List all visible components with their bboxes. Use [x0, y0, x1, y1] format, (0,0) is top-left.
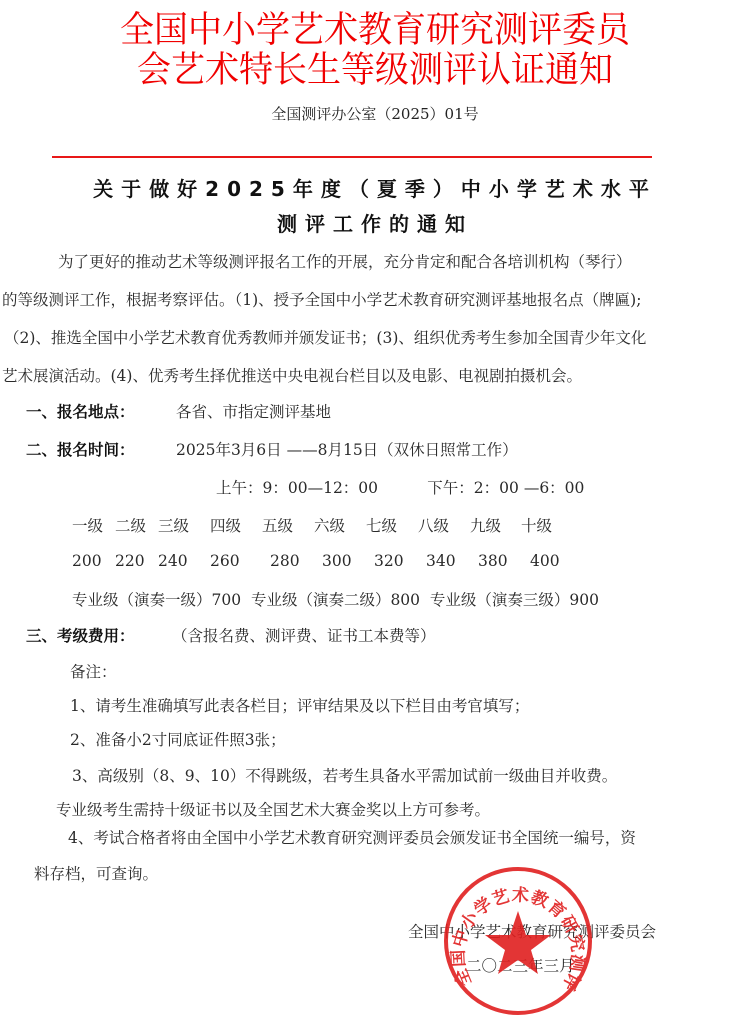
- grade-1: 一级: [72, 514, 103, 536]
- grade-10: 十级: [521, 514, 552, 536]
- time-label: 二、报名时间：: [26, 438, 135, 460]
- intro-line-3: （2)、推选全国中小学艺术教育优秀教师并颁发证书；(3)、组织优秀考生参加全国青…: [4, 326, 646, 348]
- note-4-line2: 料存档，可查询。: [34, 862, 158, 884]
- notes-label: 备注：: [70, 660, 117, 682]
- price-1: 200: [72, 552, 102, 570]
- price-5: 280: [270, 552, 300, 570]
- grade-5: 五级: [262, 514, 293, 536]
- document-title-line2: 会艺术特长生等级测评认证通知: [0, 49, 750, 91]
- grade-3: 三级: [158, 514, 189, 536]
- official-seal-stamp: 全国中小学艺术教育研究测评委员会: [442, 865, 594, 1017]
- star-icon: [485, 911, 551, 974]
- grade-9: 九级: [470, 514, 501, 536]
- office-hours: 上午：9：00—12：00 下午：2：00 —6：00: [216, 476, 584, 498]
- grade-7: 七级: [366, 514, 397, 536]
- grade-6: 六级: [314, 514, 345, 536]
- grade-4: 四级: [210, 514, 241, 536]
- time-value: 2025年3月6日 ——8月15日（双休日照常工作）: [176, 438, 518, 460]
- professional-requirement-note: 专业级考生需持十级证书以及全国艺术大赛金奖以上方可参考。: [56, 798, 490, 820]
- fees-value: （含报名费、测评费、证书工本费等）: [172, 624, 436, 646]
- price-10: 400: [530, 552, 560, 570]
- price-4: 260: [210, 552, 240, 570]
- grade-levels-row: 一级 二级 三级 四级 五级 六级 七级 八级 九级 十级: [0, 514, 750, 534]
- notice-title-line2: 测评工作的通知: [0, 208, 750, 237]
- price-9: 380: [478, 552, 508, 570]
- intro-line-2: 的等级测评工作，根据考察评估。（1)、授予全国中小学艺术教育研究测评基地报名点（…: [2, 288, 641, 310]
- intro-line-4: 艺术展演活动。(4)、优秀考生择优推送中央电视台栏目以及电影、电视剧拍摄机会。: [2, 364, 582, 386]
- grade-prices-row: 200 220 240 260 280 300 320 340 380 400: [0, 552, 750, 572]
- location-label: 一、报名地点：: [26, 400, 135, 422]
- price-8: 340: [426, 552, 456, 570]
- document-number: 全国测评办公室（2025）01号: [0, 103, 750, 124]
- red-divider: [52, 156, 652, 158]
- location-value: 各省、市指定测评基地: [176, 400, 331, 422]
- price-6: 300: [322, 552, 352, 570]
- fees-label: 三、考级费用：: [26, 624, 135, 646]
- notice-title-line1: 关于做好2025年度（夏季）中小学艺术水平: [0, 173, 750, 202]
- professional-grade-prices: 专业级（演奏一级）700 专业级（演奏二级）800 专业级（演奏三级）900: [72, 588, 599, 610]
- note-1: 1、请考生准确填写此表各栏目；评审结果及以下栏目由考官填写；: [70, 694, 529, 716]
- note-2: 2、准备小2寸同底证件照3张；: [70, 728, 286, 750]
- price-7: 320: [374, 552, 404, 570]
- price-2: 220: [115, 552, 145, 570]
- note-4-line1: 4、考试合格者将由全国中小学艺术教育研究测评委员会颁发证书全国统一编号，资: [68, 826, 636, 848]
- price-3: 240: [158, 552, 188, 570]
- note-3: 3、高级别（8、9、10）不得跳级，若考生具备水平需加试前一级曲目并收费。: [72, 764, 617, 786]
- grade-2: 二级: [115, 514, 146, 536]
- document-title-line1: 全国中小学艺术教育研究测评委员: [0, 9, 750, 51]
- intro-line-1: 为了更好的推动艺术等级测评报名工作的开展，充分肯定和配合各培训机构（琴行）: [58, 250, 632, 272]
- grade-8: 八级: [418, 514, 449, 536]
